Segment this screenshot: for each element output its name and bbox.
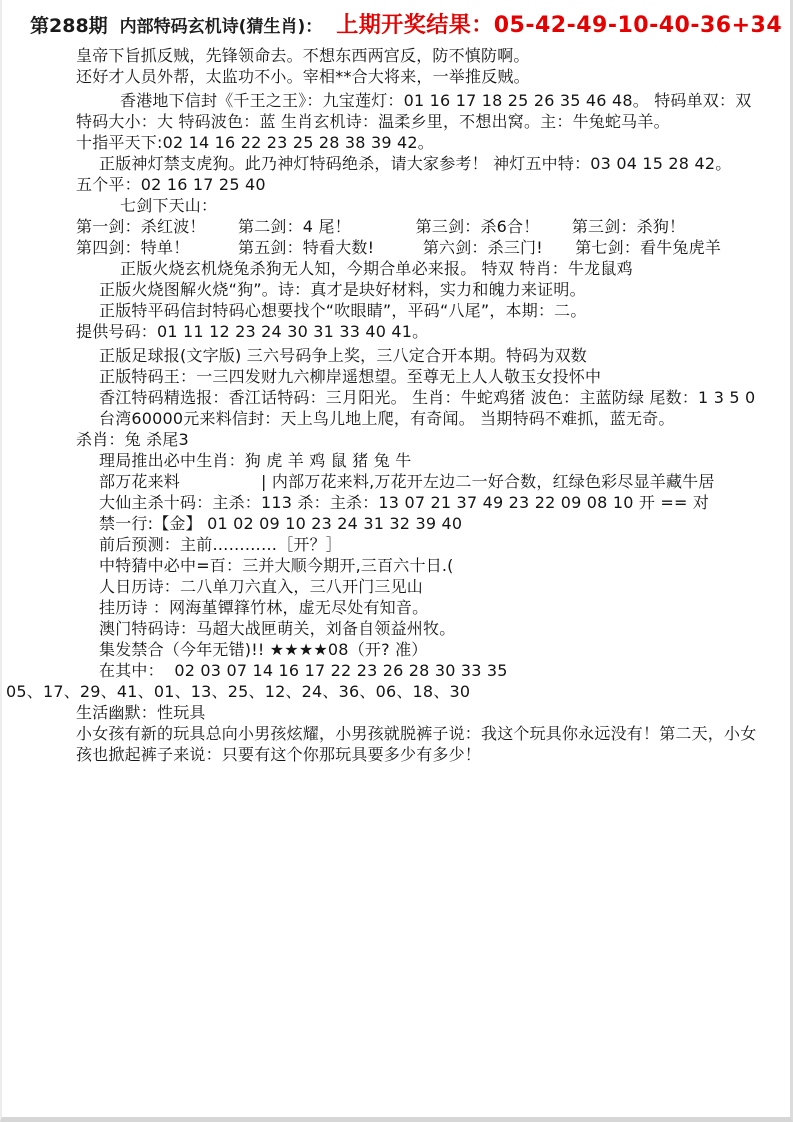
text-line: 七剑下天山： [2, 195, 790, 216]
text-line: 理局推出必中生肖：狗 虎 羊 鸡 鼠 猪 兔 牛 [2, 450, 790, 471]
text-line: 正版火烧玄机烧兔杀狗无人知，今期合单必来报。 特双 特肖：牛龙鼠鸡 [2, 258, 790, 279]
text-line: 部万花来料 | 内部万花来料,万花开左边二一好合数，红绿色彩尽显羊藏牛居 [2, 471, 790, 492]
text-line: 皇帝下旨抓反贼，先锋领命去。不想东西两宫反，防不慎防啊。 [2, 45, 790, 66]
text-line: 提供号码：01 11 12 23 24 30 31 33 40 41。 [2, 321, 790, 342]
text-line: 香港地下信封《千王之王》：九宝莲灯：01 16 17 18 25 26 35 4… [2, 90, 790, 111]
text-line: 澳门特码诗：马超大战匣萌关，刘备自领益州牧。 [2, 618, 790, 639]
last-draw-result: 上期开奖结果：05-42-49-10-40-36+34 [336, 8, 782, 39]
humor-line: 孩也掀起裤子来说：只要有这个你那玩具要多少有多少！ [2, 744, 790, 765]
humor-line: 小女孩有新的玩具总向小男孩炫耀，小男孩就脱裤子说：我这个玩具你永远没有！第二天，… [2, 723, 790, 744]
text-line: 正版火烧图解火烧“狗”。诗：真才是块好材料，实力和魄力来证明。 [2, 279, 790, 300]
text-line: 人日历诗：二八单刀六直入，三八开门三见山 [2, 576, 790, 597]
text-line: 香江特码精选报：香江话特码：三月阳光。 生肖：牛蛇鸡猪 波色：主蓝防绿 尾数：1… [2, 387, 790, 408]
body-text: 皇帝下旨抓反贼，先锋领命去。不想东西两宫反，防不慎防啊。 还好才人员外帮，太监功… [2, 45, 790, 765]
text-line: 第四剑：特单！ 第五剑：特看大数! 第六剑：杀三门! 第七剑：看牛兔虎羊 [2, 237, 790, 258]
page-title: 内部特码玄机诗(猜生肖)： [120, 12, 323, 37]
text-line: 还好才人员外帮，太监功不小。宰相**合大将来，一举推反贼。 [2, 66, 790, 87]
text-line: 特码大小：大 特码波色：蓝 生肖玄机诗：温柔乡里，不想出窝。主：牛兔蛇马羊。 [2, 111, 790, 132]
text-line: 05、17、29、41、01、13、25、12、24、36、06、18、30 [2, 681, 790, 702]
text-line: 正版特码王：一三四发财九六柳岸遥想望。至尊无上人人敬玉女投怀中 [2, 366, 790, 387]
header: 第288期 内部特码玄机诗(猜生肖)： 上期开奖结果：05-42-49-10-4… [2, 0, 790, 39]
text-line: 前后预测：主前…………［开？］ [2, 534, 790, 555]
text-line: 正版足球报(文字版) 三六号码争上奖，三八定合开本期。特码为双数 [2, 345, 790, 366]
text-line: 集发禁合（今年无错)!! ★★★★08（开? 准） [2, 639, 790, 660]
text-line: 挂历诗 ：网海堇镡箨竹林，虚无尽处有知音。 [2, 597, 790, 618]
humor-title: 生活幽默：性玩具 [2, 702, 790, 723]
last-draw-result-label: 上期开奖结果： [336, 13, 494, 38]
last-draw-result-numbers: 05-42-49-10-40-36+34 [494, 13, 782, 38]
text-line: 杀肖：兔 杀尾3 [2, 429, 790, 450]
text-line: 大仙主杀十码：主杀：113 杀：主杀：13 07 21 37 49 23 22 … [2, 492, 790, 513]
issue-number: 第288期 [30, 11, 108, 38]
text-line: 五个平：02 16 17 25 40 [2, 174, 790, 195]
text-line: 在其中： 02 03 07 14 16 17 22 23 26 28 30 33… [2, 660, 790, 681]
text-line: 第一剑：杀红波！ 第二剑：4 尾！ 第三剑：杀6合！ 第三剑：杀狗！ [2, 216, 790, 237]
text-line: 正版特平码信封特码心想要找个“吹眼睛”，平码“八尾”，本期：二。 [2, 300, 790, 321]
text-line: 正版神灯禁支虎狗。此乃神灯特码绝杀，请大家参考！ 神灯五中特：03 04 15 … [2, 153, 790, 174]
tip-sheet-page: 第288期 内部特码玄机诗(猜生肖)： 上期开奖结果：05-42-49-10-4… [0, 0, 793, 1122]
text-line: 十指平天下:02 14 16 22 23 25 28 38 39 42。 [2, 132, 790, 153]
text-line: 禁一行:【金】 01 02 09 10 23 24 31 32 39 40 [2, 513, 790, 534]
text-line: 台湾60000元来料信封：天上鸟儿地上爬，有奇闻。 当期特码不难抓，蓝无奇。 [2, 408, 790, 429]
text-line: 中特猜中必中=百：三并大顺今期开,三百六十日.( [2, 555, 790, 576]
